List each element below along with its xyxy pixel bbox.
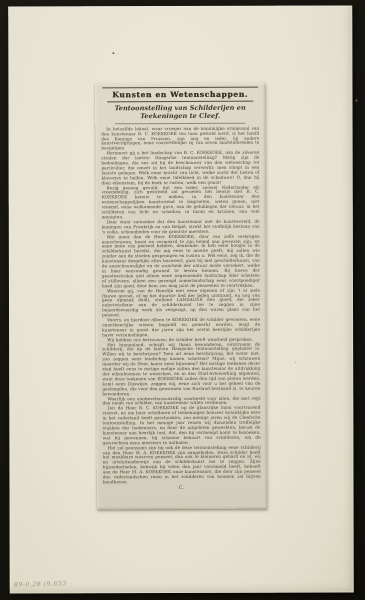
article-body: In hetzelfde lokaal, waar vroeger aan de… [101,126,261,485]
article-paragraph: Wat meer dan de Heer KOEKKOEK, daar van … [102,234,260,289]
title-separator-rule [115,122,245,124]
article-title: Tentoonstelling van Schilderijen en Teek… [101,105,259,121]
article-paragraph: Waarom gij, van de Heerlijk met eene eig… [102,288,260,318]
article-paragraph: Bezig genoeg gevuld, dat een ieder, zoow… [102,185,260,220]
article-paragraph: Voorts, en hierdoor alleen te KOEKKOEK d… [102,318,260,338]
signature-mark: C. [103,486,261,492]
article-paragraph: Herinnert gij u het landschap van B. C. … [101,151,259,186]
masthead-bottom-rule [107,101,253,103]
article-paragraph: In hetzelfde lokaal, waar vroeger aan de… [101,126,259,151]
news-clipping: Kunsten en Wetenschappen. Tentoonstellin… [95,83,267,510]
pencil-inscription: 89-0.28 (9.653 [14,580,67,588]
masthead-top-rule [102,87,258,89]
photo-background: Kunsten en Wetenschappen. Tentoonstellin… [0,0,365,600]
article-paragraph: Het binnenland, schrijft wij thans bewon… [102,342,260,397]
paper-speck [112,52,114,54]
article-paragraph: Daar staat voorzeker dat den kunstenaar … [102,220,260,235]
article-paragraph: Het zal geenszins zijn bij ook de deze t… [103,445,261,485]
section-header: Kunsten en Wetenschappen. [101,90,259,100]
article-paragraph: Dat de Heer B. C. KOEKKOEK op de glansri… [102,406,260,446]
article-title-line-2: Teekeningen te Cleef. [101,112,259,120]
paper-speck [355,100,357,102]
paper-speck [295,362,296,363]
